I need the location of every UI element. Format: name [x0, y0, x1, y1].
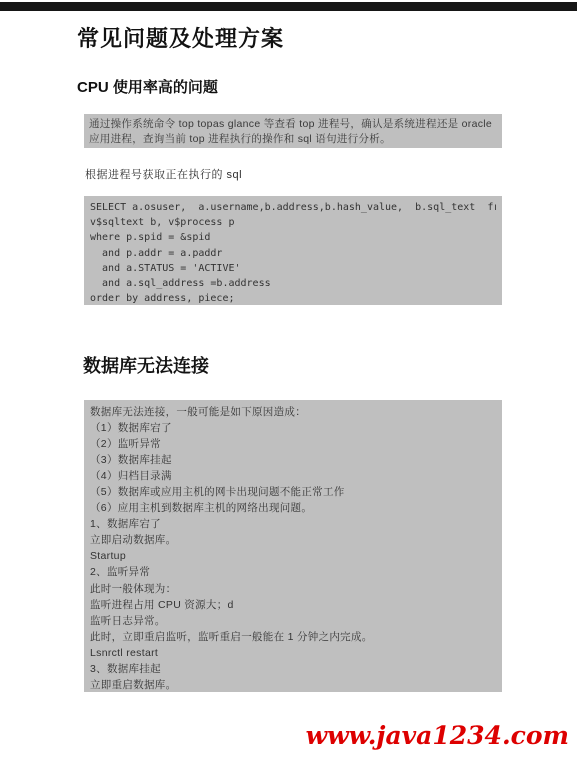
- list-line: 此时一般体现为：: [90, 581, 496, 597]
- list-line: Lsnrctl restart: [90, 645, 496, 661]
- list-line: 立即启动数据库。: [90, 532, 496, 548]
- watermark-link[interactable]: www.java1234.com: [306, 721, 569, 750]
- list-line: 数据库无法连接，一般可能是如下原因造成：: [90, 404, 496, 420]
- code-line: and a.sql_address =b.address: [90, 276, 496, 291]
- page-title: 常见问题及处理方案: [77, 22, 284, 53]
- code-line: and p.addr = a.paddr: [90, 246, 496, 261]
- list-line: 1、数据库宕了: [90, 516, 496, 532]
- list-line: （6）应用主机到数据库主机的网络出现问题。: [90, 500, 496, 516]
- section-heading-db: 数据库无法连接: [83, 352, 209, 378]
- list-line: 监听进程占用 CPU 资源大；d: [90, 597, 496, 613]
- cpu-paragraph: 根据进程号获取正在执行的 sql: [85, 166, 242, 182]
- code-line: SELECT a.osuser, a.username,b.address,b.…: [90, 200, 496, 215]
- document-page: 常见问题及处理方案 CPU 使用率高的问题 通过操作系统命令 top topas…: [0, 0, 582, 763]
- db-issues-box: 数据库无法连接，一般可能是如下原因造成： （1）数据库宕了 （2）监听异常 （3…: [84, 400, 502, 692]
- code-line: v$sqltext b, v$process p: [90, 215, 496, 230]
- list-line: 3、数据库挂起: [90, 661, 496, 677]
- list-line: 此时，立即重启监听，监听重启一般能在 1 分钟之内完成。: [90, 629, 496, 645]
- list-line: 2、监听异常: [90, 564, 496, 580]
- list-line: （5）数据库或应用主机的网卡出现问题不能正常工作: [90, 484, 496, 500]
- scan-top-bar: [0, 2, 577, 11]
- list-line: （3）数据库挂起: [90, 452, 496, 468]
- list-line: Startup: [90, 548, 496, 564]
- code-line: and a.STATUS = 'ACTIVE': [90, 261, 496, 276]
- code-line: where p.spid = &spid: [90, 230, 496, 245]
- section-heading-cpu: CPU 使用率高的问题: [77, 76, 218, 97]
- list-line: 监听日志异常。: [90, 613, 496, 629]
- cpu-intro-box: 通过操作系统命令 top topas glance 等查看 top 进程号，确认…: [84, 114, 502, 148]
- code-line: order by address, piece;: [90, 291, 496, 306]
- list-line: （2）监听异常: [90, 436, 496, 452]
- list-line: 立即重启数据库。: [90, 677, 496, 693]
- list-line: （1）数据库宕了: [90, 420, 496, 436]
- list-line: （4）归档目录满: [90, 468, 496, 484]
- sql-code-box: SELECT a.osuser, a.username,b.address,b.…: [84, 196, 502, 305]
